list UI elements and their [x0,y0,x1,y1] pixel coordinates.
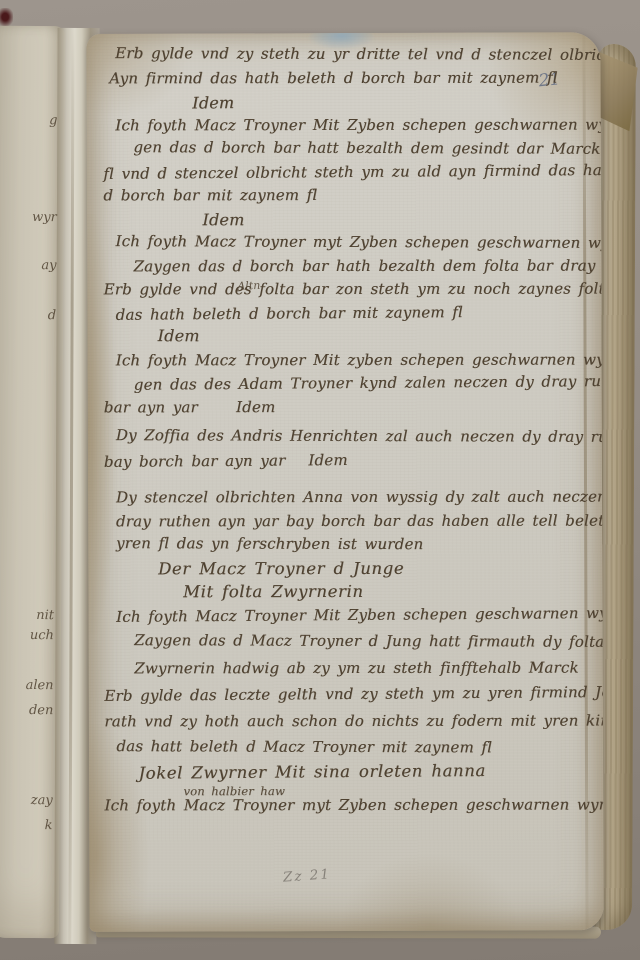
manuscript-line: Erb gylde vnd zy steth zu yr dritte tel … [115,42,595,67]
marginal-fragment: k [45,818,53,834]
manuscript-line: Zwyrnerin hadwig ab zy ym zu steth finff… [134,656,596,680]
manuscript-line: yren fl das yn ferschryben ist wurden [116,532,596,557]
manuscript-line: Der Macz Troyner d Junge [158,556,596,580]
manuscript-line: Erb gylde das leczte gelth vnd zy steth … [104,681,596,708]
marginal-fragment: zay [31,793,53,809]
manuscript-line: dray ruthen ayn yar bay borch bar das ha… [116,509,596,533]
marginal-fragment: d [48,308,56,324]
manuscript-line: Ich foyth Macz Troyner myt Zyben schepen… [115,230,595,255]
manuscript-line: Ayn firmind das hath beleth d borch bar … [109,66,595,90]
manuscript-line: Ich foyth Macz Troyner Mit Zyben schepen… [115,113,595,137]
manuscript-line: Erb gylde vnd des folta bar zon steth ym… [104,278,596,302]
manuscript-line: Dy Zoffia des Andris Henrichten zal auch… [116,424,596,449]
marginal-fragment: nit [36,608,54,624]
manuscript-page: 21 Erb gylde vnd zy steth zu yr dritte t… [86,32,603,932]
manuscript-line: das hath beleth d borch bar mit zaynem f… [116,300,596,327]
manuscript-line: Mit folta Zwyrnerin [183,580,596,604]
manuscript-line: Idem [192,88,595,115]
manuscript-line: fl vnd d stenczel olbricht steth ym zu a… [103,159,595,186]
text-block: Erb gylde vnd zy steth zu yr dritte tel … [97,43,596,818]
manuscript-line: Dy stenczel olbrichten Anna von wyssig d… [116,486,596,510]
manuscript-line: bar ayn yar Idem [104,395,596,419]
manuscript-line: Ich foyth Macz Troyner Mit Zyben schepen… [116,602,596,629]
manuscript-line: Idem [158,324,596,349]
pencil-mark: Zz 21 [283,866,332,885]
manuscript-line: Zaygen das d Macz Troyner d Jung hatt fi… [134,629,596,654]
manuscript-line: gen das d borch bar hatt bezalth dem ges… [133,136,595,161]
manuscript-line: rath vnd zy hoth auch schon do nichts zu… [104,709,596,733]
marginal-fragment: ay [41,258,56,274]
manuscript-line: Ich foyth Macz Troyner Mit zyben schepen… [116,348,596,372]
manuscript-line: gen das des Adam Troyner kynd zalen necz… [134,370,596,397]
paper-stain [339,852,519,932]
manuscript-photo: gwyraydnituchalendenzayk 21 Erb gylde vn… [0,0,640,960]
manuscript-line: Idem [202,207,595,231]
manuscript-line: Jokel Zwyrner Mit sina orleten hanna [138,758,596,785]
manuscript-line: Zaygen das d borch bar hath bezalth dem … [134,254,596,278]
marginal-fragment: den [29,703,54,719]
marginal-fragment: uch [30,628,54,644]
marginal-fragment: wyr [32,210,57,226]
marginal-fragment: alen [26,678,54,694]
manuscript-line: d borch bar mit zaynem fl [103,184,595,208]
manuscript-line: das hatt beleth d Macz Troyner mit zayne… [116,735,596,760]
manuscript-line: von halbier haw [183,785,596,799]
binding-spot [0,8,13,26]
manuscript-line: bay borch bar ayn yar Idem [104,447,596,474]
interlinear-note: Altn [237,279,260,293]
